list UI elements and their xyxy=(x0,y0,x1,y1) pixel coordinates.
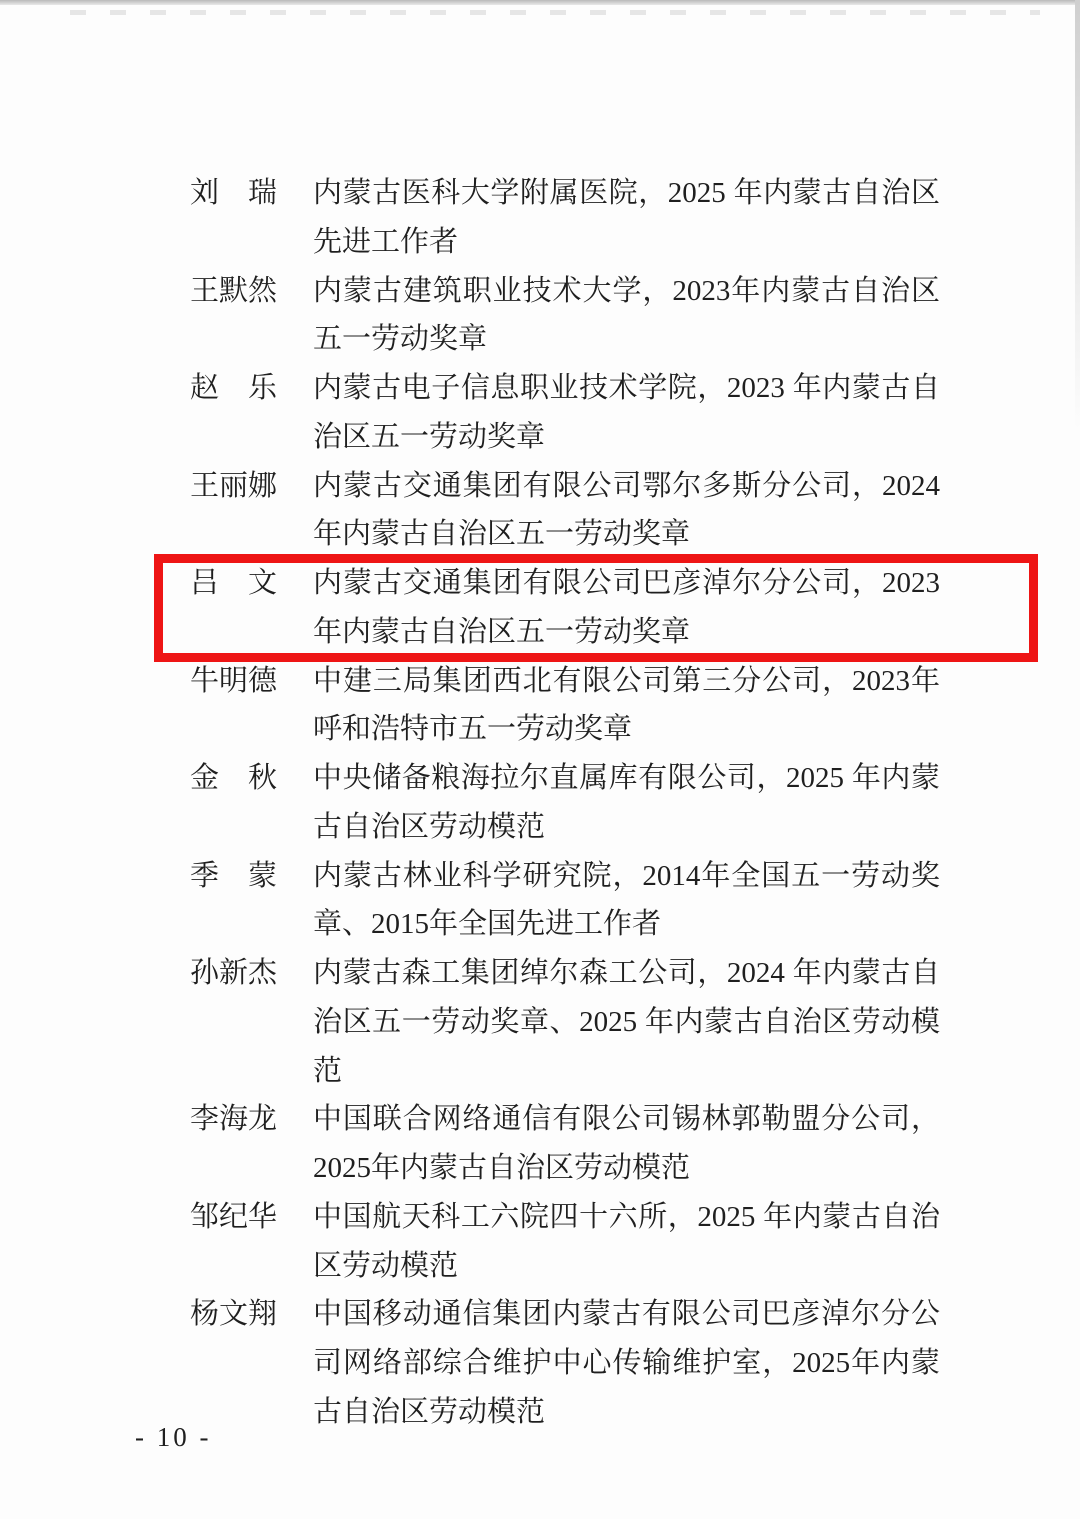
person-award: 内蒙古建筑职业技术大学，2023年内蒙古自治区五一劳动奖章 xyxy=(313,267,940,365)
award-entries-list: 刘瑞 内蒙古医科大学附属医院，2025 年内蒙古自治区先进工作者 王默然 内蒙古… xyxy=(190,169,940,1437)
person-award: 内蒙古医科大学附属医院，2025 年内蒙古自治区先进工作者 xyxy=(313,169,940,267)
scan-artifact-dashes xyxy=(70,10,1040,15)
list-item: 赵乐 内蒙古电子信息职业技术学院，2023 年内蒙古自治区五一劳动奖章 xyxy=(190,364,940,462)
person-award: 内蒙古林业科学研究院，2014年全国五一劳动奖章、2015年全国先进工作者 xyxy=(313,852,940,950)
list-item: 王丽娜 内蒙古交通集团有限公司鄂尔多斯分公司，2024 年内蒙古自治区五一劳动奖… xyxy=(190,462,940,560)
page-number: - 10 - xyxy=(135,1422,211,1453)
person-name: 吕文 xyxy=(190,559,277,657)
list-item: 金秋 中央储备粮海拉尔直属库有限公司，2025 年内蒙古自治区劳动模范 xyxy=(190,754,940,852)
list-item: 牛明德 中建三局集团西北有限公司第三分公司，2023年呼和浩特市五一劳动奖章 xyxy=(190,657,940,755)
person-award: 内蒙古森工集团绰尔森工公司，2024 年内蒙古自治区五一劳动奖章、2025 年内… xyxy=(313,949,940,1095)
person-name: 邹纪华 xyxy=(190,1193,277,1291)
person-name: 刘瑞 xyxy=(190,169,277,267)
list-item: 孙新杰 内蒙古森工集团绰尔森工公司，2024 年内蒙古自治区五一劳动奖章、202… xyxy=(190,949,940,1095)
list-item: 杨文翔 中国移动通信集团内蒙古有限公司巴彦淖尔分公司网络部综合维护中心传输维护室… xyxy=(190,1290,940,1436)
person-name: 赵乐 xyxy=(190,364,277,462)
list-item-highlighted: 吕文 内蒙古交通集团有限公司巴彦淖尔分公司，2023 年内蒙古自治区五一劳动奖章 xyxy=(190,559,940,657)
person-award: 中国移动通信集团内蒙古有限公司巴彦淖尔分公司网络部综合维护中心传输维护室，202… xyxy=(313,1290,940,1436)
person-name: 孙新杰 xyxy=(190,949,277,1095)
person-award: 中央储备粮海拉尔直属库有限公司，2025 年内蒙古自治区劳动模范 xyxy=(313,754,940,852)
page-top-edge xyxy=(0,0,1080,5)
list-item: 刘瑞 内蒙古医科大学附属医院，2025 年内蒙古自治区先进工作者 xyxy=(190,169,940,267)
person-award: 中国航天科工六院四十六所，2025 年内蒙古自治区劳动模范 xyxy=(313,1193,940,1291)
list-item: 邹纪华 中国航天科工六院四十六所，2025 年内蒙古自治区劳动模范 xyxy=(190,1193,940,1291)
page-right-edge-shadow xyxy=(1075,0,1080,430)
list-item: 王默然 内蒙古建筑职业技术大学，2023年内蒙古自治区五一劳动奖章 xyxy=(190,267,940,365)
list-item: 季蒙 内蒙古林业科学研究院，2014年全国五一劳动奖章、2015年全国先进工作者 xyxy=(190,852,940,950)
person-name: 金秋 xyxy=(190,754,277,852)
person-name: 杨文翔 xyxy=(190,1290,277,1436)
person-award: 内蒙古交通集团有限公司巴彦淖尔分公司，2023 年内蒙古自治区五一劳动奖章 xyxy=(313,559,940,657)
person-name: 牛明德 xyxy=(190,657,277,755)
person-name: 李海龙 xyxy=(190,1095,277,1193)
person-award: 内蒙古电子信息职业技术学院，2023 年内蒙古自治区五一劳动奖章 xyxy=(313,364,940,462)
person-name: 王默然 xyxy=(190,267,277,365)
person-award: 内蒙古交通集团有限公司鄂尔多斯分公司，2024 年内蒙古自治区五一劳动奖章 xyxy=(313,462,940,560)
list-item: 李海龙 中国联合网络通信有限公司锡林郭勒盟分公司，2025年内蒙古自治区劳动模范 xyxy=(190,1095,940,1193)
person-name: 季蒙 xyxy=(190,852,277,950)
person-name: 王丽娜 xyxy=(190,462,277,560)
person-award: 中建三局集团西北有限公司第三分公司，2023年呼和浩特市五一劳动奖章 xyxy=(313,657,940,755)
person-award: 中国联合网络通信有限公司锡林郭勒盟分公司，2025年内蒙古自治区劳动模范 xyxy=(313,1095,940,1193)
